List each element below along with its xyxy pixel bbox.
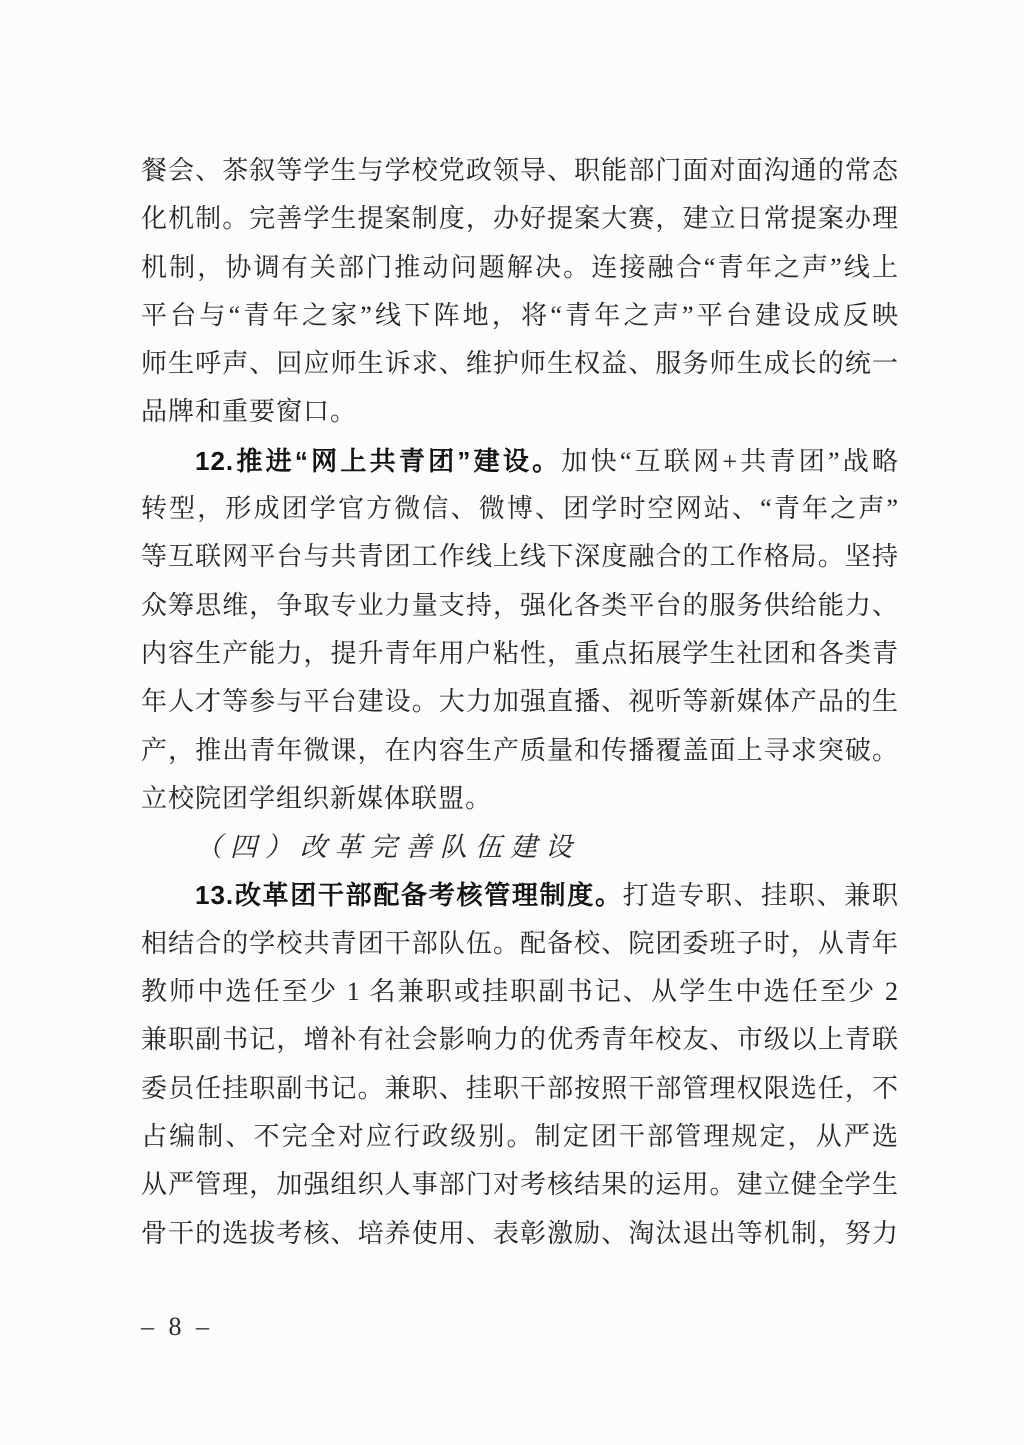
text-line: 占编制、不完全对应行政级别。制定团干部管理规定，从严选拔、 xyxy=(141,1113,899,1161)
text-line: 教师中选任至少 1 名兼职或挂职副书记、从学生中选任至少 2 名 xyxy=(141,968,899,1016)
text-line: 委员任挂职副书记。兼职、挂职干部按照干部管理权限选任，不 xyxy=(141,1065,899,1113)
text-run: 内容生产能力，提升青年用户粘性，重点拓展学生社团和各类青 xyxy=(141,639,899,668)
text-line: 12.推进“网上共青团”建设。加快“互联网+共青团”战略 xyxy=(141,437,899,485)
document-page: 餐会、茶叙等学生与学校党政领导、职能部门面对面沟通的常态化机制。完善学生提案制度… xyxy=(0,0,1024,1445)
text-line: 师生呼声、回应师生诉求、维护师生权益、服务师生成长的统一 xyxy=(141,340,899,388)
text-run: 产，推出青年微课，在内容生产质量和传播覆盖面上寻求突破。建 xyxy=(141,736,899,775)
text-run: 餐会、茶叙等学生与学校党政领导、职能部门面对面沟通的常态 xyxy=(141,156,899,185)
text-run: 教师中选任至少 1 名兼职或挂职副书记、从学生中选任至少 2 名 xyxy=(141,977,899,1016)
text-run: 兼职副书记，增补有社会影响力的优秀青年校友、市级以上青联 xyxy=(141,1025,899,1054)
text-line: 从严管理，加强组织人事部门对考核结果的运用。建立健全学生 xyxy=(141,1161,899,1209)
text-run: 占编制、不完全对应行政级别。制定团干部管理规定，从严选拔、 xyxy=(141,1122,899,1161)
text-line: 餐会、茶叙等学生与学校党政领导、职能部门面对面沟通的常态 xyxy=(141,147,899,195)
text-line: 转型，形成团学官方微信、微博、团学时空网站、“青年之声” xyxy=(141,485,899,533)
text-line: 相结合的学校共青团干部队伍。配备校、院团委班子时，从青年 xyxy=(141,920,899,968)
text-run: 相结合的学校共青团干部队伍。配备校、院团委班子时，从青年 xyxy=(141,929,899,958)
text-run: 加快“互联网+共青团”战略 xyxy=(561,447,899,476)
text-line: 13.改革团干部配备考核管理制度。打造专职、挂职、兼职 xyxy=(141,871,899,919)
text-line: 化机制。完善学生提案制度，办好提案大赛，建立日常提案办理 xyxy=(141,195,899,243)
text-line: 品牌和重要窗口。 xyxy=(141,388,899,436)
text-run: 转型，形成团学官方微信、微博、团学时空网站、“青年之声” xyxy=(141,494,899,523)
text-line: 等互联网平台与共青团工作线上线下深度融合的工作格局。坚持 xyxy=(141,533,899,581)
text-run: 师生呼声、回应师生诉求、维护师生权益、服务师生成长的统一 xyxy=(141,349,899,378)
text-line: 平台与“青年之家”线下阵地，将“青年之声”平台建设成反映 xyxy=(141,292,899,340)
section-heading: （四）改革完善队伍建设 xyxy=(141,823,899,871)
text-line: 内容生产能力，提升青年用户粘性，重点拓展学生社团和各类青 xyxy=(141,630,899,678)
text-run: 众筹思维，争取专业力量支持，强化各类平台的服务供给能力、 xyxy=(141,591,899,620)
paragraph-lead-bold: 13.改革团干部配备考核管理制度。 xyxy=(195,880,623,910)
text-run: 骨干的选拔考核、培养使用、表彰激励、淘汰退出等机制，努力 xyxy=(141,1219,899,1248)
text-run: 机制，协调有关部门推动问题解决。连接融合“青年之声”线上 xyxy=(141,253,899,282)
text-run: 立校院团学组织新媒体联盟。 xyxy=(141,784,492,813)
text-run: 从严管理，加强组织人事部门对考核结果的运用。建立健全学生 xyxy=(141,1170,899,1199)
text-run: 年人才等参与平台建设。大力加强直播、视听等新媒体产品的生 xyxy=(141,687,899,716)
text-run: （四）改革完善队伍建设 xyxy=(195,832,580,862)
text-line: 兼职副书记，增补有社会影响力的优秀青年校友、市级以上青联 xyxy=(141,1016,899,1064)
text-run: 委员任挂职副书记。兼职、挂职干部按照干部管理权限选任，不 xyxy=(141,1074,899,1103)
text-line: 年人才等参与平台建设。大力加强直播、视听等新媒体产品的生 xyxy=(141,678,899,726)
text-run: 等互联网平台与共青团工作线上线下深度融合的工作格局。坚持 xyxy=(141,542,899,571)
text-run: 打造专职、挂职、兼职 xyxy=(623,881,899,910)
document-lines: 餐会、茶叙等学生与学校党政领导、职能部门面对面沟通的常态化机制。完善学生提案制度… xyxy=(141,147,899,1258)
text-run: 化机制。完善学生提案制度，办好提案大赛，建立日常提案办理 xyxy=(141,204,899,233)
text-line: 骨干的选拔考核、培养使用、表彰激励、淘汰退出等机制，努力 xyxy=(141,1210,899,1258)
text-run: 平台与“青年之家”线下阵地，将“青年之声”平台建设成反映 xyxy=(141,301,899,330)
text-line: 众筹思维，争取专业力量支持，强化各类平台的服务供给能力、 xyxy=(141,582,899,630)
text-line: 立校院团学组织新媒体联盟。 xyxy=(141,775,899,823)
text-run: 品牌和重要窗口。 xyxy=(141,397,357,426)
page-number: – 8 – xyxy=(141,1312,213,1342)
text-line: 机制，协调有关部门推动问题解决。连接融合“青年之声”线上 xyxy=(141,244,899,292)
paragraph-lead-bold: 12.推进“网上共青团”建设。 xyxy=(195,446,561,476)
text-line: 产，推出青年微课，在内容生产质量和传播覆盖面上寻求突破。建 xyxy=(141,727,899,775)
